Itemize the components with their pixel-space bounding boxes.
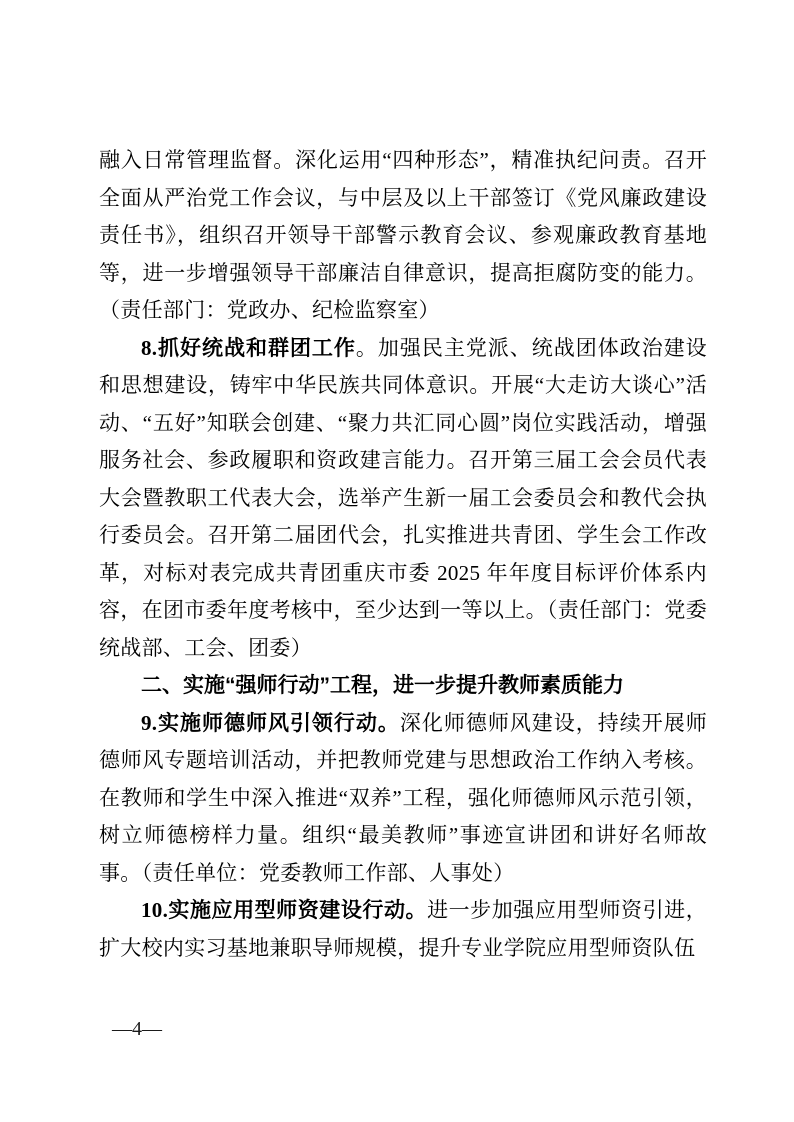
- paragraph-item-9-text: 深化师德师风建设，持续开展师德师风专题培训活动，并把教师党建与思想政治工作纳入考…: [99, 711, 707, 885]
- paragraph-item-9: 9.实施师德师风引领行动。深化师德师风建设，持续开展师德师风专题培训活动，并把教…: [99, 705, 707, 893]
- paragraph-item-10: 10.实施应用型师资建设行动。进一步加强应用型师资引进，扩大校内实习基地兼职导师…: [99, 892, 707, 967]
- paragraph-item-8-lead: 8.抓好统战和群团工作: [141, 336, 356, 360]
- paragraph-item-10-lead: 10.实施应用型师资建设行动。: [141, 898, 427, 922]
- paragraph-item-8-text: 。加强民主党派、统战团体政治建设和思想建设，铸牢中华民族共同体意识。开展“大走访…: [99, 336, 707, 660]
- page-number: —4—: [112, 1018, 162, 1041]
- paragraph-item-8: 8.抓好统战和群团工作。加强民主党派、统战团体政治建设和思想建设，铸牢中华民族共…: [99, 330, 707, 668]
- document-body: 融入日常管理监督。深化运用“四种形态”，精准执纪问责。召开全面从严治党工作会议，…: [99, 142, 707, 967]
- section-heading: 二、实施“强师行动”工程，进一步提升教师素质能力: [99, 667, 707, 705]
- paragraph-item-9-lead: 9.实施师德师风引领行动。: [141, 711, 400, 735]
- document-page: 融入日常管理监督。深化运用“四种形态”，精准执纪问责。召开全面从严治党工作会议，…: [0, 0, 794, 1122]
- section-heading-text: 二、实施“强师行动”工程，进一步提升教师素质能力: [141, 674, 624, 697]
- paragraph-continuation: 融入日常管理监督。深化运用“四种形态”，精准执纪问责。召开全面从严治党工作会议，…: [99, 142, 707, 330]
- paragraph-continuation-text: 融入日常管理监督。深化运用“四种形态”，精准执纪问责。召开全面从严治党工作会议，…: [99, 148, 707, 322]
